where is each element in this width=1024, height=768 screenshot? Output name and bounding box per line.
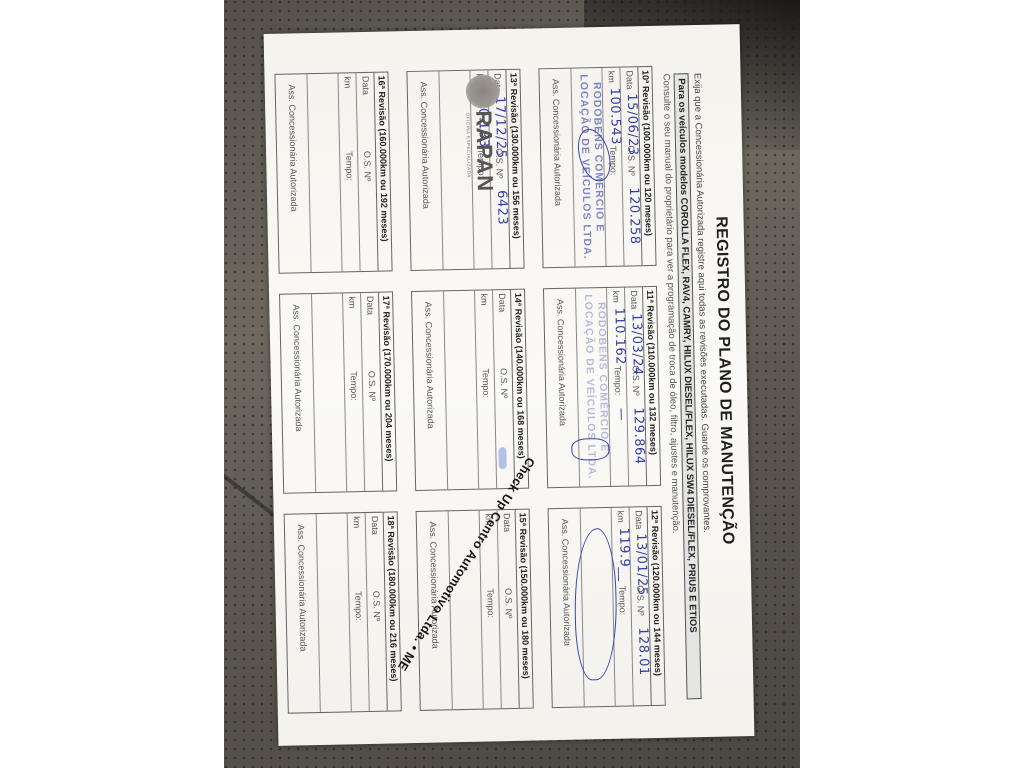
os-label: O.S. Nº xyxy=(495,368,513,399)
revision-box-16: 16ª Revisão (160.000km ou 192 meses) Dat… xyxy=(274,71,392,273)
paper-sheet: REGISTRO DO PLANO DE MANUTENÇÃO Exija qu… xyxy=(264,24,755,746)
signature-label: Ass. Concessionária Autorizada xyxy=(281,294,315,493)
handwritten-time: — xyxy=(614,408,629,422)
signature-area xyxy=(443,291,478,490)
date-label: Data xyxy=(634,510,644,529)
km-label: km xyxy=(479,293,489,305)
handwritten-os-number: 120.258 xyxy=(626,187,642,245)
date-label: Data xyxy=(365,296,375,315)
ink-smudge xyxy=(498,447,506,469)
rapan-stamp: RAPAN xyxy=(470,110,498,192)
handwritten-date: 15/06/23 xyxy=(624,93,640,156)
km-label: km xyxy=(347,296,357,308)
km-label: km xyxy=(606,71,616,83)
revision-box-18: 18ª Revisão (180.000km ou 216 meses) Dat… xyxy=(284,511,402,713)
time-label: Tempo: xyxy=(340,151,358,181)
revision-box-12: 12ª Revisão (120.000km ou 144 meses) Dat… xyxy=(548,506,666,708)
time-label: Tempo: xyxy=(609,366,627,396)
os-label: O.S. Nº xyxy=(499,588,517,619)
time-label: Tempo: xyxy=(349,591,367,621)
handwritten-os-number: 129.864 xyxy=(630,407,646,465)
os-label: O.S. Nº xyxy=(367,591,385,622)
os-label: O.S. Nº xyxy=(358,151,376,182)
date-label: Data xyxy=(624,70,634,89)
handwritten-os-number: 128.01 xyxy=(635,627,651,676)
handwritten-date: 13/03/24 xyxy=(629,313,645,376)
revision-box-10: 10ª Revisão (100.000km ou 120 meses) Dat… xyxy=(538,66,656,268)
revision-box-11: 11ª Revisão (110.000km ou 132 meses) Dat… xyxy=(543,286,661,488)
time-label: Tempo: xyxy=(345,371,363,401)
date-label: Data xyxy=(497,293,507,312)
handwritten-km: 119.9__ xyxy=(616,527,632,581)
time-label: Tempo: xyxy=(481,588,499,618)
maintenance-booklet-page: REGISTRO DO PLANO DE MANUTENÇÃO Exija qu… xyxy=(270,26,748,744)
signature-area xyxy=(316,513,351,712)
time-label: Tempo: xyxy=(477,368,495,398)
km-label: km xyxy=(616,511,626,523)
handwritten-km: 110.162 xyxy=(611,308,627,366)
revision-box-14: 14ª Revisão (140.000km ou 168 meses) Dat… xyxy=(411,289,529,491)
handwritten-date: 13/01/25 xyxy=(633,533,649,596)
signature-scribble xyxy=(571,438,609,461)
signature-area xyxy=(306,74,341,273)
handwritten-km: 100.543 xyxy=(607,88,623,146)
date-label: Data xyxy=(629,290,639,309)
revision-grid: 10ª Revisão (100.000km ou 120 meses) Dat… xyxy=(274,66,665,714)
signature-label: Ass. Concessionária Autorizada xyxy=(276,74,310,273)
signature-area xyxy=(311,293,346,492)
os-label: O.S. Nº xyxy=(363,371,381,402)
signature-label: Ass. Concessionária Autorizada xyxy=(540,69,574,268)
km-label: km xyxy=(352,516,362,528)
date-label: Data xyxy=(370,516,380,535)
signature-label: Ass. Concessionária Autorizada xyxy=(286,514,320,713)
handwritten-os-number: 6423 xyxy=(494,190,510,225)
signature-label: Ass. Concessionária Autorizada xyxy=(408,71,442,270)
km-label: km xyxy=(611,291,621,303)
km-label: km xyxy=(343,76,353,88)
revision-box-13: 13ª Revisão (130.000km ou 156 meses) Dat… xyxy=(406,69,524,271)
date-label: Data xyxy=(360,76,370,95)
document-title: REGISTRO DO PLANO DE MANUTENÇÃO xyxy=(707,24,740,736)
signature-label: Ass. Concessionária Autorizada xyxy=(413,291,447,490)
revision-box-17: 17ª Revisão (170.000km ou 204 meses) Dat… xyxy=(279,291,397,493)
